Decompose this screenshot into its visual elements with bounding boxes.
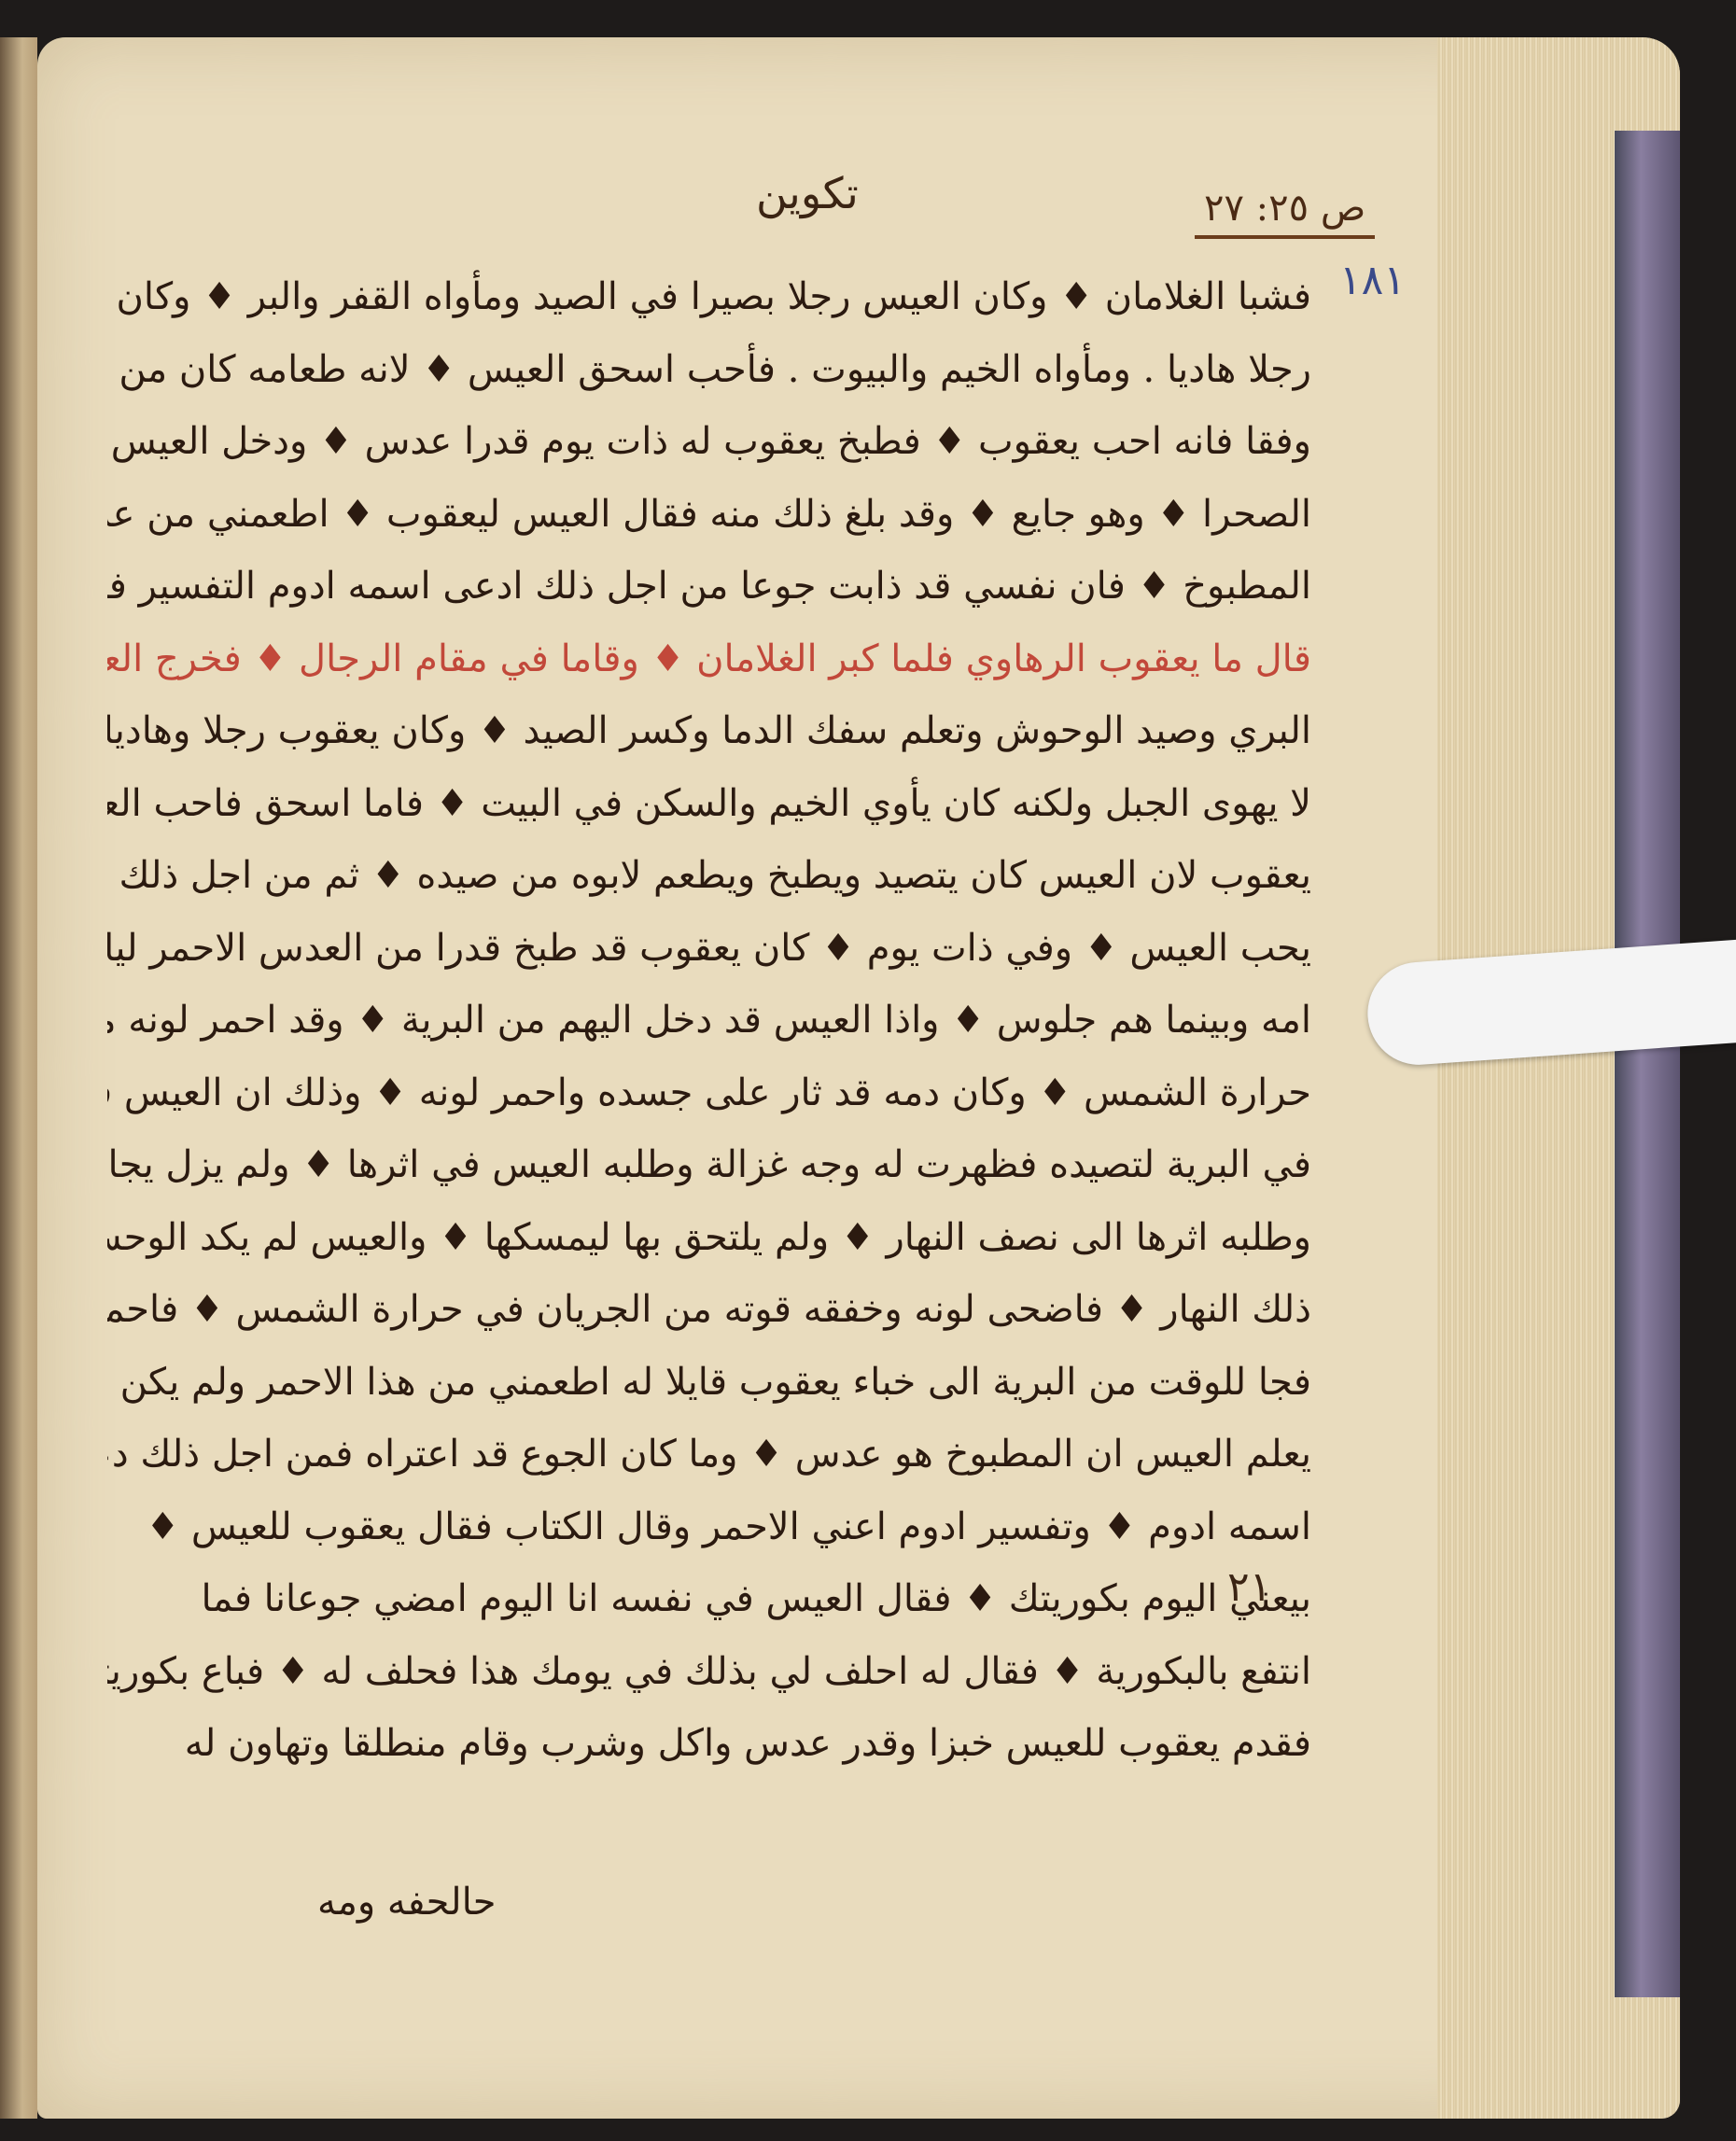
text-line: فقدم يعقوب للعيس خبزا وقدر عدس واكل وشرب…	[107, 1708, 1311, 1781]
text-line: البري وصيد الوحوش وتعلم سفك الدما وكسر ا…	[107, 695, 1311, 768]
text-line: انتفع بالبكورية ♦ فقال له احلف لي بذلك ف…	[107, 1636, 1311, 1709]
text-line: وفقا فانه احب يعقوب ♦ فطبخ يعقوب له ذات …	[107, 406, 1311, 479]
text-line: امه وبينما هم جلوس ♦ واذا العيس قد دخل ا…	[107, 985, 1311, 1057]
text-line: وطلبه اثرها الى نصف النهار ♦ ولم يلتحق ب…	[107, 1202, 1311, 1275]
page-header: تكوين ص ٢٥: ٢٧	[37, 159, 1512, 252]
folio-number: ١٨١	[1339, 257, 1406, 304]
text-line: يحب العيس ♦ وفي ذات يوم ♦ كان يعقوب قد ط…	[107, 913, 1311, 986]
text-line: في البرية لتصيده فظهرت له وجه غزالة وطلب…	[107, 1129, 1311, 1202]
book-binding	[1615, 131, 1680, 1997]
text-line: ذلك النهار ♦ فاضحى لونه وخفقه قوته من ال…	[107, 1274, 1311, 1347]
text-line: اسمه ادوم ♦ وتفسير ادوم اعني الاحمر وقال…	[107, 1491, 1311, 1564]
facing-page-edge	[0, 37, 37, 2119]
text-line: حرارة الشمس ♦ وكان دمه قد ثار على جسده و…	[107, 1057, 1311, 1130]
text-line: بيعني اليوم بكوريتك ♦ فقال العيس في نفسه…	[107, 1563, 1311, 1636]
text-line: يعقوب لان العيس كان يتصيد ويطبخ ويطعم لا…	[107, 840, 1311, 913]
text-line: فجا للوقت من البرية الى خباء يعقوب قايلا…	[107, 1347, 1311, 1420]
text-line: يعلم العيس ان المطبوخ هو عدس ♦ وما كان ا…	[107, 1419, 1311, 1491]
text-line: فشبا الغلامان ♦ وكان العيس رجلا بصيرا في…	[107, 261, 1311, 334]
chapter-reference: ص ٢٥: ٢٧	[1195, 187, 1375, 239]
text-line: الصحرا ♦ وهو جايع ♦ وقد بلغ ذلك منه فقال…	[107, 479, 1311, 552]
text-line: رجلا هاديا . ومأواه الخيم والبيوت . فأحب…	[107, 334, 1311, 407]
book-title: تكوين	[756, 168, 859, 218]
manuscript-page: تكوين ص ٢٥: ٢٧ ١٨١ ٢١ فشبا الغلامان ♦ وك…	[37, 37, 1680, 2119]
text-line-rubric: قال ما يعقوب الرهاوي فلما كبر الغلامان ♦…	[107, 623, 1311, 696]
text-line: المطبوخ ♦ فان نفسي قد ذابت جوعا من اجل ذ…	[107, 551, 1311, 623]
catchword: حالحفه ومه	[317, 1881, 497, 1924]
manuscript-text: فشبا الغلامان ♦ وكان العيس رجلا بصيرا في…	[107, 261, 1311, 1781]
text-line: لا يهوى الجبل ولكنه كان يأوي الخيم والسك…	[107, 768, 1311, 841]
